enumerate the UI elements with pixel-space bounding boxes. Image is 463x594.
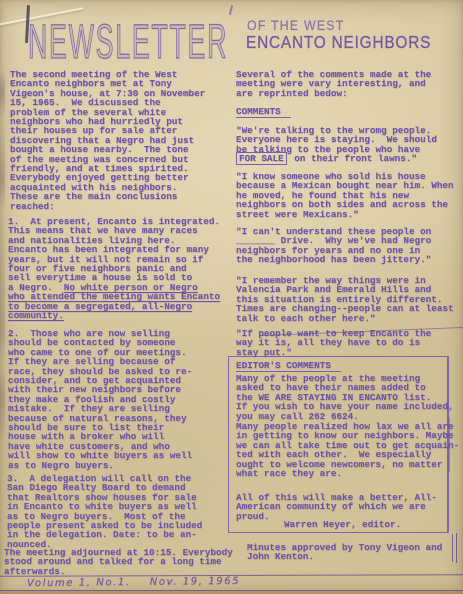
editor-paragraph-1: Many of the people at the meeting asked … xyxy=(236,374,463,421)
volume-date-line: Volume 1, No.1. Nov. 19, 1965 xyxy=(27,576,240,589)
comments-heading-text: COMMENTS xyxy=(236,107,291,118)
masthead-subtitle-line2: ENCANTO NEIGHBORS xyxy=(246,32,431,53)
edge-smudge xyxy=(0,70,5,490)
editor-paragraph-2: Many people realized how lax we all are … xyxy=(236,422,463,478)
right-intro-paragraph: Several of the comments made at the meet… xyxy=(236,70,462,98)
margin-tick-line-2 xyxy=(456,533,457,563)
masthead-title: NEWSLETTER xyxy=(28,13,228,69)
comment-quote-5: "If people want to keep Encanto the way … xyxy=(236,329,462,357)
newsletter-page: NEWSLETTER OF THE WEST ENCANTO NEIGHBORS… xyxy=(0,0,463,594)
minutes-note: Minutes approved by Tony Vigeon and John… xyxy=(247,543,457,562)
comment-quote-1-after: on their front lawns." xyxy=(289,153,417,164)
conclusion-item-1: 1. At present, Encanto is integrated. Th… xyxy=(8,217,240,320)
left-intro-paragraph: The second meeting of the West Encanto n… xyxy=(10,70,238,211)
editor-paragraph-3: All of this will make a better, All- Ame… xyxy=(236,493,462,521)
comment-quote-1: "We're talking to the wromg people. Ever… xyxy=(236,126,462,164)
comment-quote-3: "I can't understand these people on ____… xyxy=(236,227,463,265)
conclusion-item-2: 2. Those who are now selling should be c… xyxy=(8,329,240,470)
editor-heading-text: EDITOR'S COMMENTS xyxy=(236,361,341,372)
comment-quote-2: "I know someone who sold his house becau… xyxy=(236,172,463,219)
pen-mark xyxy=(229,5,233,15)
comments-heading: COMMENTS xyxy=(236,107,291,118)
margin-tick-line-1 xyxy=(452,534,453,562)
comment-quote-1-before: "We're talking to the wromg people. Ever… xyxy=(236,125,437,155)
closing-paragraph: The meeting adjourned at 10:15. Everybod… xyxy=(4,548,254,576)
masthead-subtitle-line1: OF THE WEST xyxy=(247,17,345,33)
comment-quote-4: "I remember the way things were in Valen… xyxy=(236,276,463,323)
editor-heading: EDITOR'S COMMENTS xyxy=(236,361,341,372)
editor-signature: Warren Heyer, editor. xyxy=(284,520,401,529)
for-sale-boxed-text: FOR SALE xyxy=(236,152,287,165)
conclusion-item-3: 3. A delegation will call on the San Die… xyxy=(7,474,239,549)
